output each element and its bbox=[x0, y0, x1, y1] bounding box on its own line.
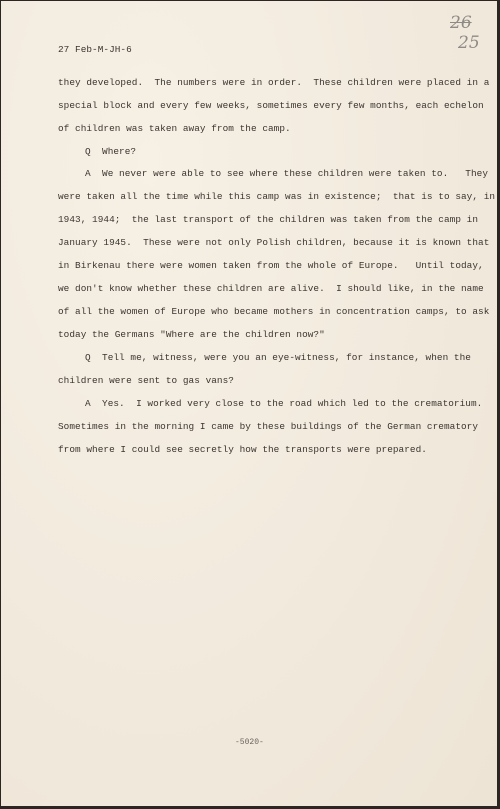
text-line: January 1945. These were not only Polish… bbox=[58, 237, 489, 249]
text-line: we don't know whether these children are… bbox=[58, 283, 484, 295]
text-line: were taken all the time while this camp … bbox=[58, 191, 495, 203]
header-reference: 27 Feb-M-JH-6 bbox=[58, 44, 132, 56]
handwritten-crossed-page-number: 26 bbox=[450, 13, 472, 33]
question-line: Q Tell me, witness, were you an eye-witn… bbox=[85, 352, 471, 364]
text-line: of children was taken away from the camp… bbox=[58, 123, 291, 135]
text-line: 1943, 1944; the last transport of the ch… bbox=[58, 214, 478, 226]
text-line: of all the women of Europe who became mo… bbox=[58, 306, 489, 318]
text-line: from where I could see secretly how the … bbox=[58, 444, 427, 456]
answer-line: A We never were able to see where these … bbox=[85, 168, 488, 180]
text-line: in Birkenau there were women taken from … bbox=[58, 260, 484, 272]
handwritten-page-number: 25 bbox=[458, 33, 480, 53]
footer-page-number: -5020- bbox=[235, 738, 264, 747]
question-line: Q Where? bbox=[85, 146, 136, 158]
text-line: today the Germans "Where are the childre… bbox=[58, 329, 325, 341]
answer-line: A Yes. I worked very close to the road w… bbox=[85, 398, 482, 410]
text-line: children were sent to gas vans? bbox=[58, 375, 234, 387]
text-line: they developed. The numbers were in orde… bbox=[58, 77, 489, 89]
text-line: special block and every few weeks, somet… bbox=[58, 100, 484, 112]
text-line: Sometimes in the morning I came by these… bbox=[58, 421, 478, 433]
document-page: 26 25 27 Feb-M-JH-6 they developed. The … bbox=[1, 1, 497, 806]
